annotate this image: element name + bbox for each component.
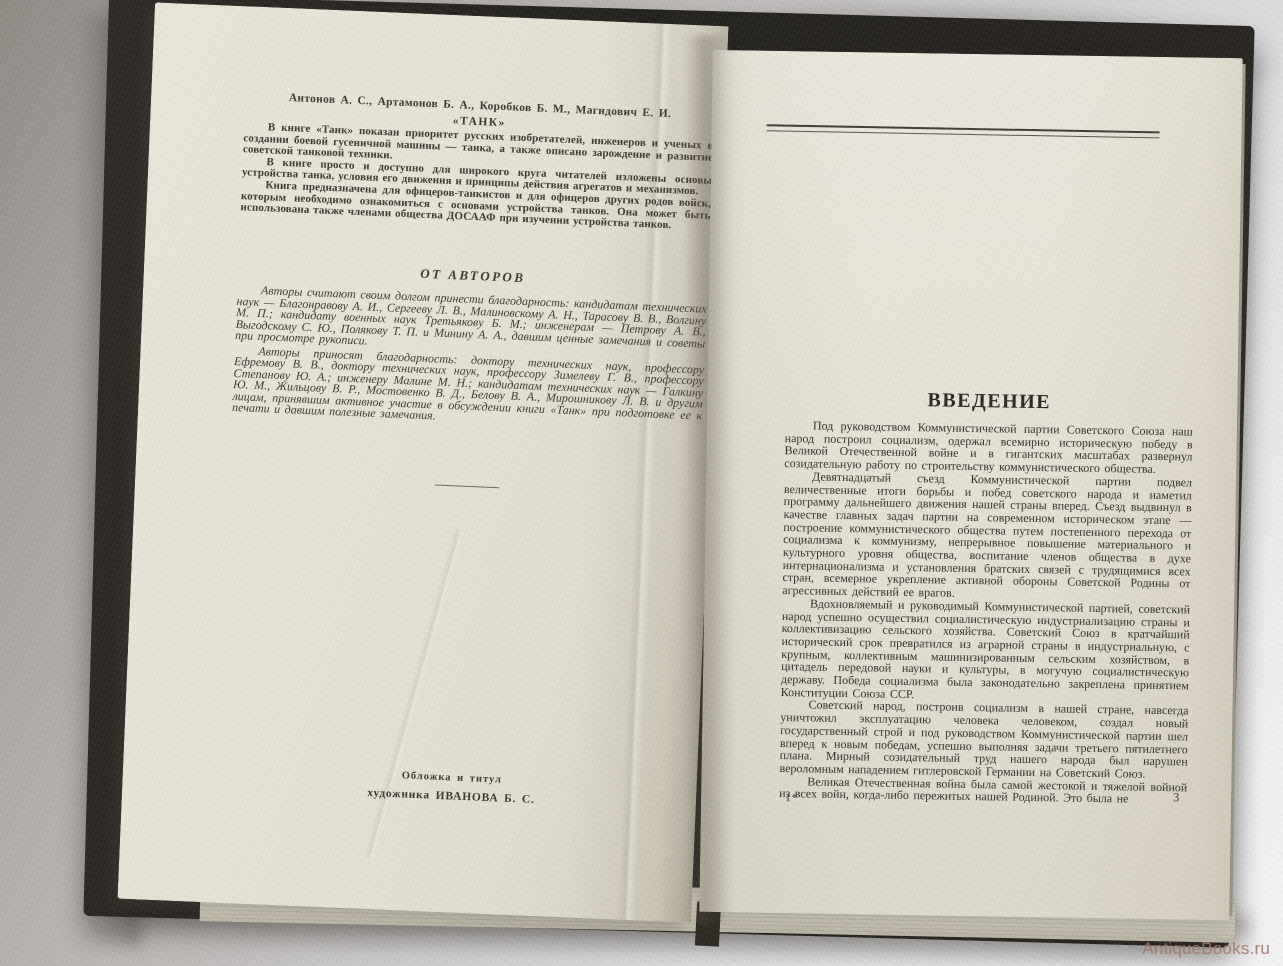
page-number: 3	[1173, 790, 1179, 805]
chapter-heading: ВВЕДЕНИЕ	[785, 387, 1193, 416]
left-page: Антонов А. С., Артамонов Б. А., Коробков…	[117, 2, 728, 922]
intro-paragraph: Вдохновляемый и руководимый Коммунистиче…	[781, 597, 1191, 705]
watermark-text: AntiqueBooks.ru	[1142, 939, 1270, 959]
chapter-head-rule	[767, 124, 1160, 138]
colophon-block: Обложка и титул художника ИВАНОВА Б. С.	[216, 763, 687, 813]
introduction-text: Под руководством Коммунистической партии…	[779, 419, 1193, 806]
intro-paragraph: Девятнадцатый съезд Коммунистической пар…	[782, 470, 1192, 603]
from-authors-block: Авторы считают своим долгом принести бла…	[232, 284, 707, 436]
intro-paragraph: Советский народ, построив социализм в на…	[779, 699, 1188, 782]
page-crease	[363, 528, 465, 859]
book-photo: Антонов А. С., Артамонов Б. А., Коробков…	[0, 0, 1283, 966]
footnote-mark: 1*	[785, 792, 799, 804]
section-divider-rule	[435, 485, 499, 489]
intro-paragraph: Великая Отечественная война была самой ж…	[779, 775, 1187, 807]
right-page: ВВЕДЕНИЕ Под руководством Коммунистическ…	[699, 50, 1242, 920]
annotation-block: В книге «Танк» показан приоритет русских…	[240, 121, 713, 233]
intro-paragraph: Под руководством Коммунистической партии…	[784, 419, 1193, 476]
